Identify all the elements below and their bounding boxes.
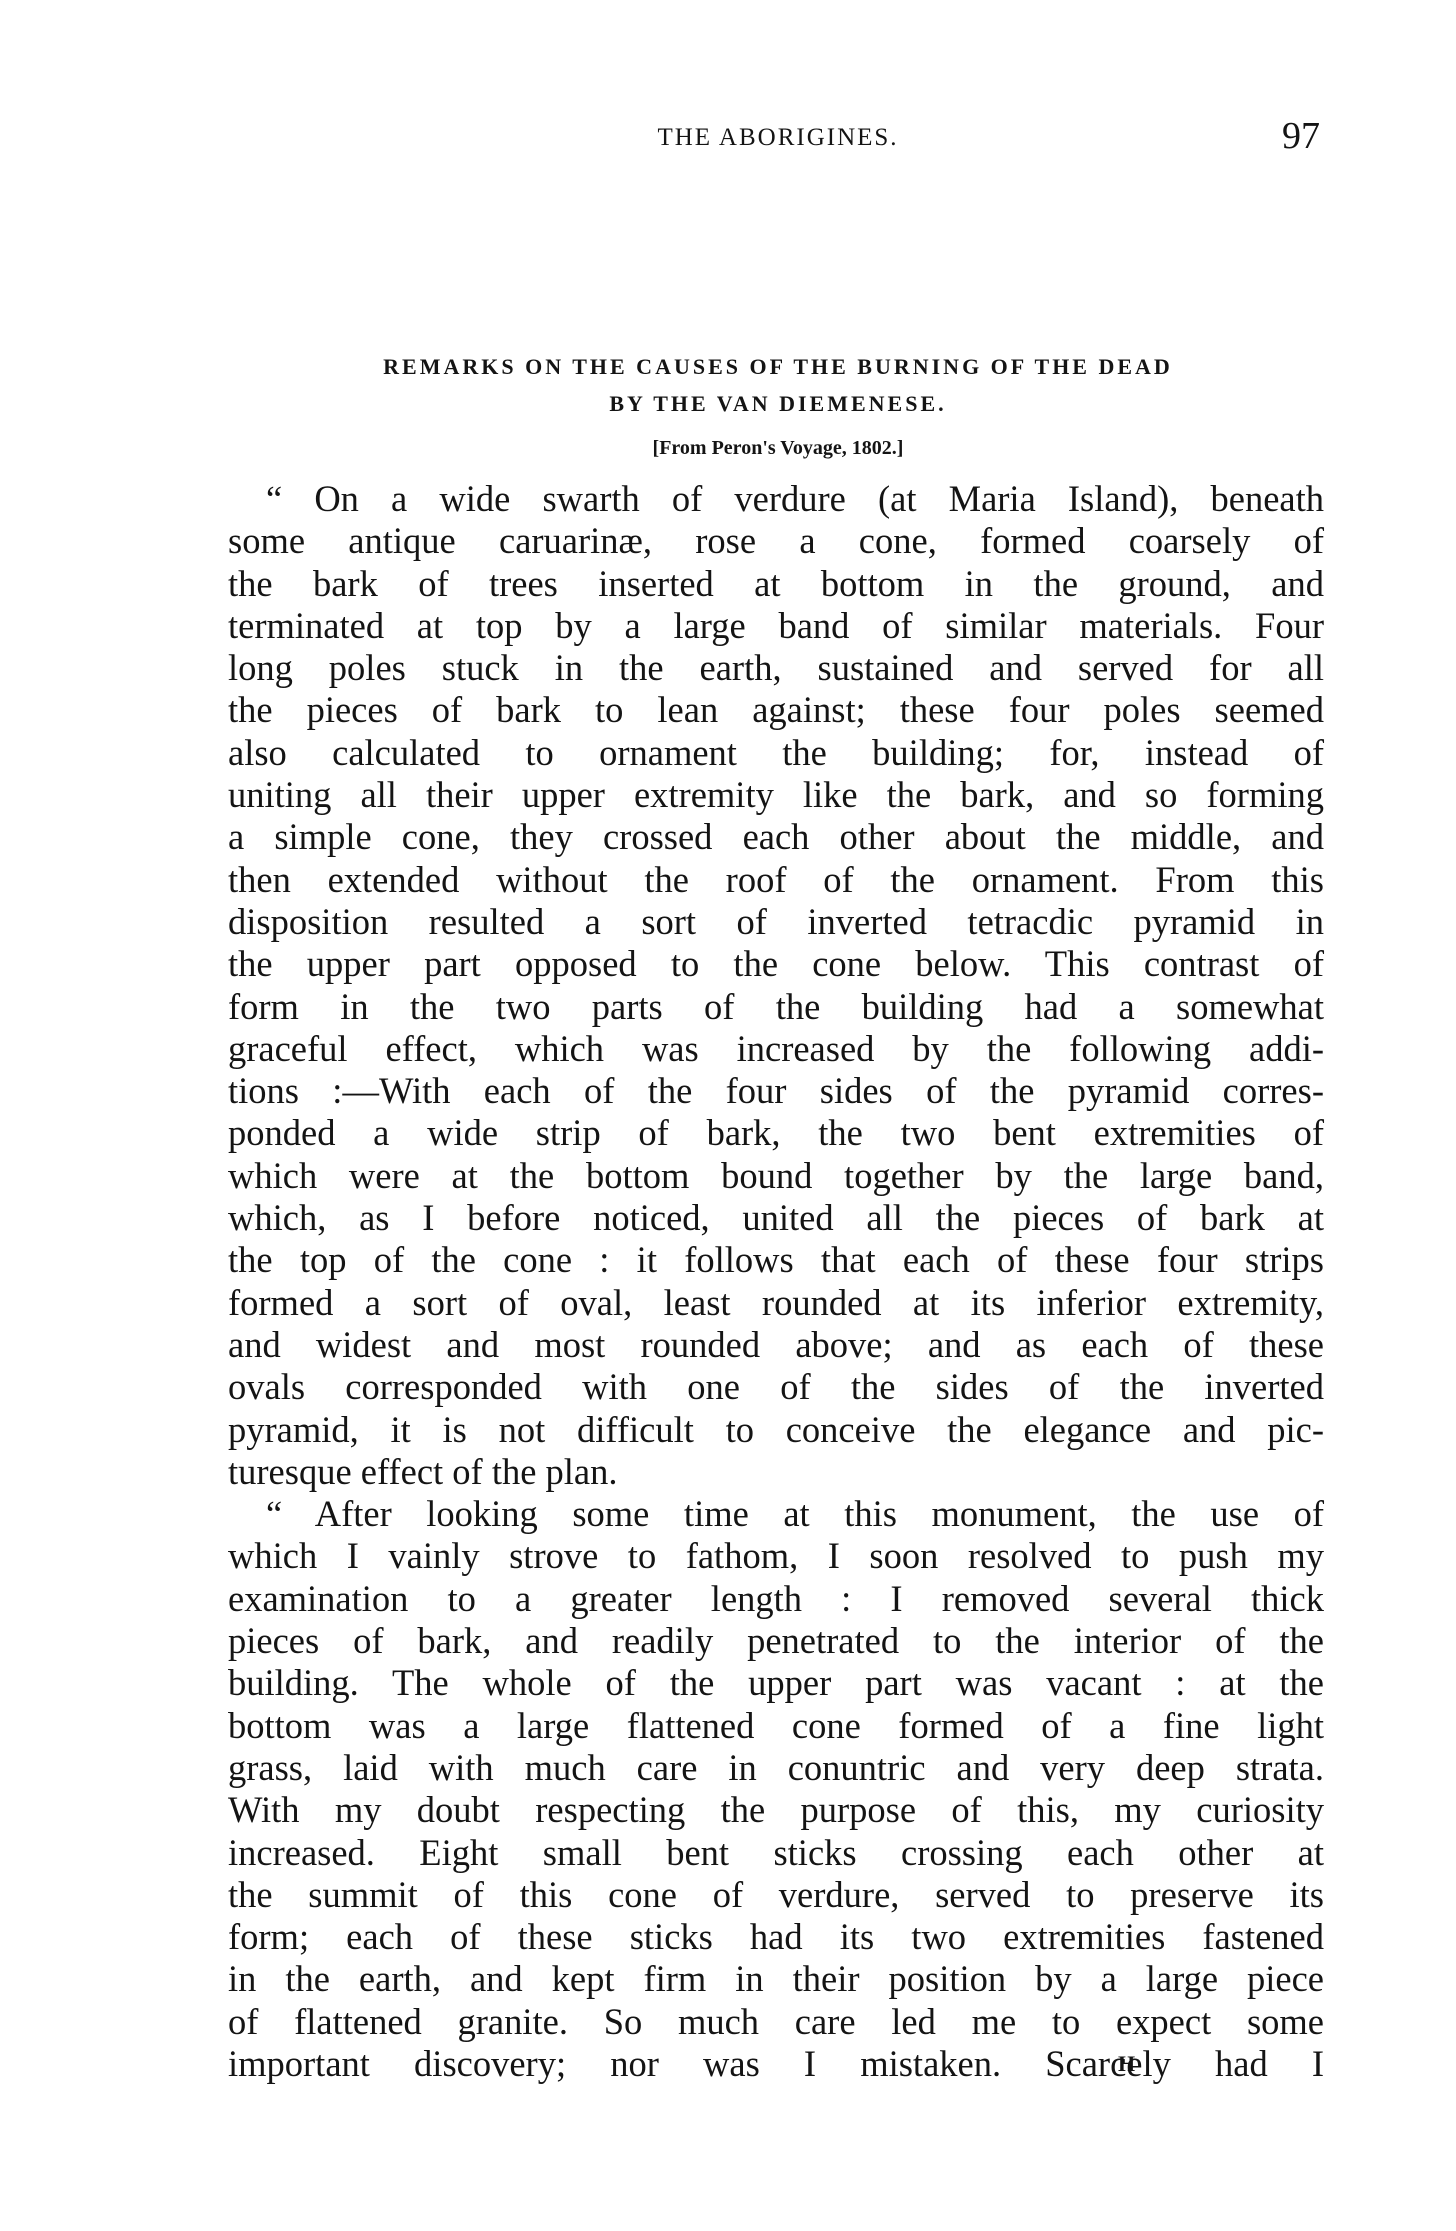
text-line: the bark of trees inserted at bottom in … <box>228 563 1324 605</box>
paragraph-1: “ On a wide swarth of verdure (at Maria … <box>228 478 1324 1493</box>
text-line: then extended without the roof of the or… <box>228 859 1324 901</box>
text-line: increased. Eight small bent sticks cross… <box>228 1832 1324 1874</box>
text-line: which were at the bottom bound together … <box>228 1155 1324 1197</box>
text-line: formed a sort of oval, least rounded at … <box>228 1282 1324 1324</box>
text-line: the summit of this cone of verdure, serv… <box>228 1874 1324 1916</box>
text-line: “ On a wide swarth of verdure (at Maria … <box>228 478 1324 520</box>
text-line: turesque effect of the plan. <box>228 1451 1324 1493</box>
text-line: the top of the cone : it follows that ea… <box>228 1239 1324 1281</box>
text-line: building. The whole of the upper part wa… <box>228 1662 1324 1704</box>
signature-mark: H <box>1118 2051 1135 2077</box>
text-line: tions :—With each of the four sides of t… <box>228 1070 1324 1112</box>
text-line: and widest and most rounded above; and a… <box>228 1324 1324 1366</box>
text-line: form; each of these sticks had its two e… <box>228 1916 1324 1958</box>
text-line: ponded a wide strip of bark, the two ben… <box>228 1112 1324 1154</box>
text-line: With my doubt respecting the purpose of … <box>228 1789 1324 1831</box>
body-text: “ On a wide swarth of verdure (at Maria … <box>228 478 1324 2085</box>
text-line: important discovery; nor was I mistaken.… <box>228 2043 1324 2085</box>
text-line: in the earth, and kept firm in their pos… <box>228 1958 1324 2000</box>
text-line: bottom was a large flattened cone formed… <box>228 1705 1324 1747</box>
section-heading-line-1: REMARKS ON THE CAUSES OF THE BURNING OF … <box>228 348 1328 385</box>
section-heading-line-2: BY THE VAN DIEMENESE. <box>228 385 1328 422</box>
text-line: pyramid, it is not difficult to conceive… <box>228 1409 1324 1451</box>
source-citation: [From Peron's Voyage, 1802.] <box>228 437 1328 460</box>
text-line: the upper part opposed to the cone below… <box>228 943 1324 985</box>
text-line: graceful effect, which was increased by … <box>228 1028 1324 1070</box>
text-line: the pieces of bark to lean against; thes… <box>228 689 1324 731</box>
running-title: THE ABORIGINES. <box>228 124 1328 152</box>
text-line: a simple cone, they crossed each other a… <box>228 816 1324 858</box>
text-line: which I vainly strove to fathom, I soon … <box>228 1535 1324 1577</box>
text-line: disposition resulted a sort of inverted … <box>228 901 1324 943</box>
text-line: uniting all their upper extremity like t… <box>228 774 1324 816</box>
text-line: long poles stuck in the earth, sustained… <box>228 647 1324 689</box>
text-line: examination to a greater length : I remo… <box>228 1578 1324 1620</box>
text-line: form in the two parts of the building ha… <box>228 986 1324 1028</box>
running-head: THE ABORIGINES. 97 <box>228 118 1328 158</box>
text-line: “ After looking some time at this monume… <box>228 1493 1324 1535</box>
page-number: 97 <box>1282 114 1320 158</box>
text-line: which, as I before noticed, united all t… <box>228 1197 1324 1239</box>
text-line: some antique caruarinæ, rose a cone, for… <box>228 520 1324 562</box>
text-line: grass, laid with much care in conuntric … <box>228 1747 1324 1789</box>
text-line: ovals corresponded with one of the sides… <box>228 1366 1324 1408</box>
text-line: pieces of bark, and readily penetrated t… <box>228 1620 1324 1662</box>
text-line: terminated at top by a large band of sim… <box>228 605 1324 647</box>
paragraph-2: “ After looking some time at this monume… <box>228 1493 1324 2085</box>
section-heading: REMARKS ON THE CAUSES OF THE BURNING OF … <box>228 348 1328 422</box>
text-line: of flattened granite. So much care led m… <box>228 2001 1324 2043</box>
text-line: also calculated to ornament the building… <box>228 732 1324 774</box>
